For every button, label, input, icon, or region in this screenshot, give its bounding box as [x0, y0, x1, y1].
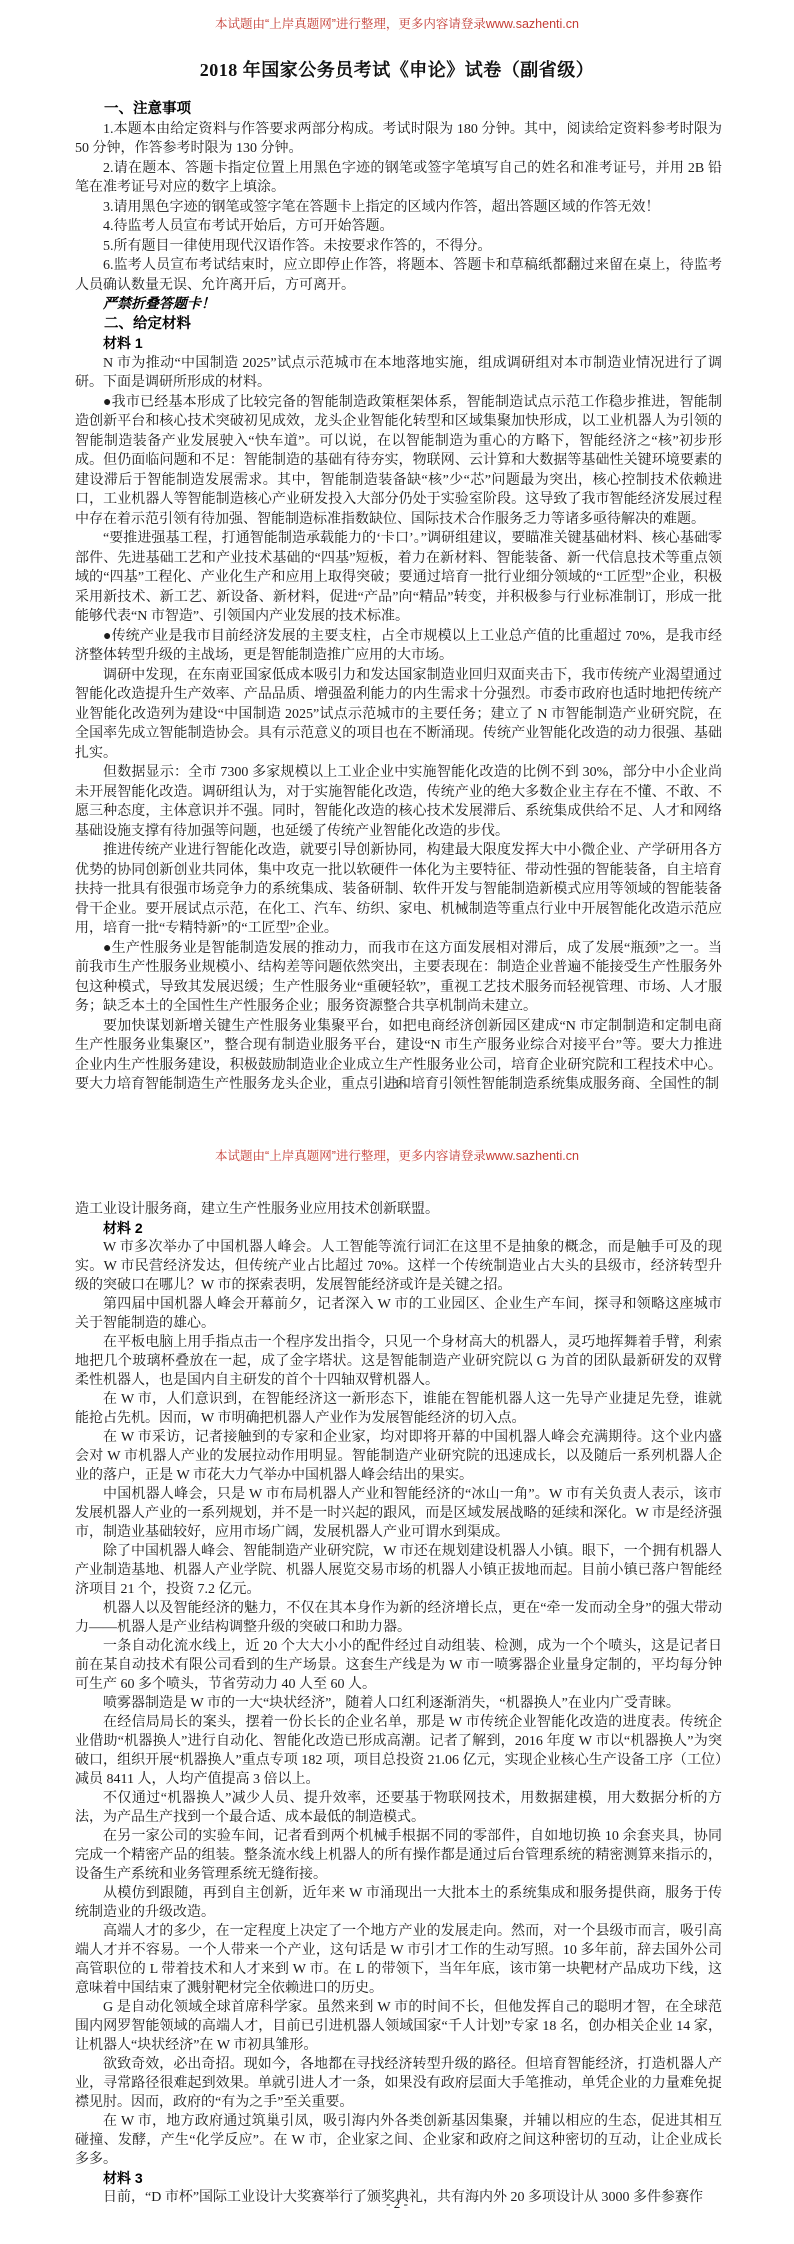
body-paragraph: 6.监考人员宣布考试结束时，应立即停止作答，将题本、答题卡和草稿纸都翻过来留在桌…: [75, 256, 722, 295]
body-paragraph: 3.请用黑色字迹的钢笔或签字笔在答题卡上指定的区域内作答，超出答题区域的作答无效…: [75, 198, 722, 218]
body-paragraph: 高端人才的多少，在一定程度上决定了一个地方产业的发展走向。然而，对一个县级市而言…: [75, 1922, 722, 1998]
body-paragraph: 在另一家公司的实验车间，记者看到两个机械手根据不同的零部件，自如地切换 10 余…: [75, 1827, 722, 1884]
body-paragraph: 推进传统产业进行智能化改造，就要引导创新协同，构建最大限度发挥大中小微企业、产学…: [75, 841, 722, 939]
body-paragraph: 在 W 市，地方政府通过筑巢引凤，吸引海内外各类创新基因集聚，并辅以相应的生态，…: [75, 2112, 722, 2169]
warning: 严禁折叠答题卡！: [75, 295, 722, 315]
body-paragraph: 从模仿到跟随，再到自主创新，近年来 W 市涌现出一大批本土的系统集成和服务提供商…: [75, 1884, 722, 1922]
section-heading: 一、注意事项: [75, 100, 722, 120]
body-paragraph: 喷雾器制造是 W 市的一大“块状经济”，随着人口红利逐渐消失，“机器换人”在业内…: [75, 1694, 722, 1713]
body-paragraph: ●生产性服务业是智能制造发展的推动力，而我市在这方面发展相对滞后，成了发展“瓶颈…: [75, 939, 722, 1017]
body-paragraph: 在 W 市，人们意识到，在智能经济这一新形态下，谁能在智能机器人这一先导产业捷足…: [75, 1390, 722, 1428]
body-paragraph: 不仅通过“机器换人”减少人员、提升效率，还要基于物联网技术，用数据建模，用大数据…: [75, 1789, 722, 1827]
page-number: - 1 -: [0, 1076, 794, 1092]
body-paragraph: 欲致奇效，必出奇招。现如今，各地都在寻找经济转型升级的路径。但培育智能经济，打造…: [75, 2055, 722, 2112]
source-watermark-text: 本试题由“上岸真题网”进行整理，更多内容请登录www.sazhenti.cn: [0, 1148, 794, 1164]
material-heading: 材料 3: [75, 2169, 722, 2188]
page-1-content: 一、注意事项1.本题本由给定资料与作答要求两部分构成。考试时限为 180 分钟。…: [75, 100, 722, 1095]
body-paragraph: W 市多次举办了中国机器人峰会。人工智能等流行词汇在这里不是抽象的概念，而是触手…: [75, 1238, 722, 1295]
body-paragraph: 在平板电脑上用手指点击一个程序发出指令，只见一个身材高大的机器人，灵巧地挥舞着手…: [75, 1333, 722, 1390]
body-paragraph: N 市为推动“中国制造 2025”试点示范城市在本地落地实施，组成调研组对本市制…: [75, 354, 722, 393]
doc-title: 2018 年国家公务员考试《申论》试卷（副省级）: [0, 56, 794, 82]
body-paragraph: 但数据显示：全市 7300 多家规模以上工业企业中实施智能化改造的比例不到 30…: [75, 763, 722, 841]
page-1: 本试题由“上岸真题网”进行整理，更多内容请登录www.sazhenti.cn 2…: [0, 0, 794, 1122]
body-paragraph: 第四届中国机器人峰会开幕前夕，记者深入 W 市的工业园区、企业生产车间，探寻和领…: [75, 1295, 722, 1333]
body-paragraph: 中国机器人峰会，只是 W 市布局机器人产业和智能经济的“冰山一角”。W 市有关负…: [75, 1485, 722, 1542]
section-heading: 二、给定材料: [75, 315, 722, 335]
material-heading: 材料 1: [75, 334, 722, 354]
body-paragraph: 在 W 市采访，记者接触到的专家和企业家，均对即将开幕的中国机器人峰会充满期待。…: [75, 1428, 722, 1485]
body-paragraph: ●传统产业是我市目前经济发展的主要支柱，占全市规模以上工业总产值的比重超过 70…: [75, 627, 722, 666]
page-2-content: 造工业设计服务商，建立生产性服务业应用技术创新联盟。材料 2W 市多次举办了中国…: [75, 1200, 722, 2207]
body-paragraph: 1.本题本由给定资料与作答要求两部分构成。考试时限为 180 分钟。其中，阅读给…: [75, 120, 722, 159]
body-paragraph: 5.所有题目一律使用现代汉语作答。未按要求作答的，不得分。: [75, 237, 722, 257]
source-watermark-text: 本试题由“上岸真题网”进行整理，更多内容请登录www.sazhenti.cn: [0, 16, 794, 32]
body-paragraph: “要推进强基工程，打通智能制造承载能力的‘卡口’。”调研组建议，要瞄准关键基础材…: [75, 529, 722, 627]
exam-document: 本试题由“上岸真题网”进行整理，更多内容请登录www.sazhenti.cn 2…: [0, 0, 794, 2244]
body-paragraph: 调研中发现，在东南亚国家低成本吸引力和发达国家制造业回归双面夹击下，我市传统产业…: [75, 666, 722, 764]
body-paragraph: G 是自动化领域全球首席科学家。虽然来到 W 市的时间不长，但他发挥自己的聪明才…: [75, 1998, 722, 2055]
body-paragraph: 4.待监考人员宣布考试开始后，方可开始答题。: [75, 217, 722, 237]
body-paragraph: 2.请在题本、答题卡指定位置上用黑色字迹的钢笔或签字笔填写自己的姓名和准考证号，…: [75, 159, 722, 198]
body-paragraph: 在经信局局长的案头，摆着一份长长的企业名单，那是 W 市传统企业智能化改造的进度…: [75, 1713, 722, 1789]
page-2: 本试题由“上岸真题网”进行整理，更多内容请登录www.sazhenti.cn 造…: [0, 1122, 794, 2244]
page-number: - 2 -: [0, 2196, 794, 2212]
body-paragraph: 机器人以及智能经济的魅力，不仅在其本身作为新的经济增长点，更在“牵一发而动全身”…: [75, 1599, 722, 1637]
body-paragraph: 除了中国机器人峰会、智能制造产业研究院，W 市还在规划建设机器人小镇。眼下，一个…: [75, 1542, 722, 1599]
body-paragraph: 一条自动化流水线上，近 20 个大大小小的配件经过自动组装、检测，成为一个个喷头…: [75, 1637, 722, 1694]
body-paragraph: 造工业设计服务商，建立生产性服务业应用技术创新联盟。: [75, 1200, 722, 1219]
body-paragraph: ●我市已经基本形成了比较完备的智能制造政策框架体系，智能制造试点示范工作稳步推进…: [75, 393, 722, 530]
material-heading: 材料 2: [75, 1219, 722, 1238]
